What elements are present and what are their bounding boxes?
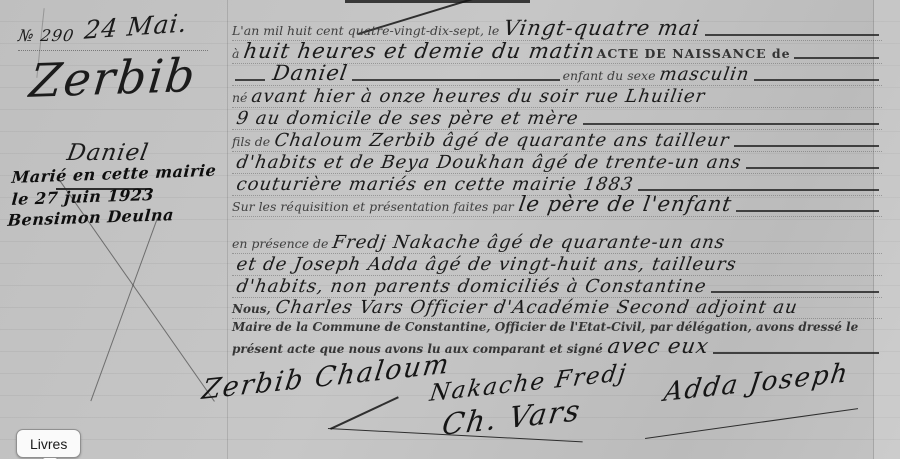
fill-rule [754,79,879,81]
printed-text: ACTE DE NAISSANCE de [597,46,791,63]
document-scan: № 290 24 Mai. Zerbib Daniel Marié en cet… [0,0,900,459]
margin-surname: Zerbib [24,54,197,108]
margin-given-name: Daniel [62,140,149,166]
act-line-6: fils de Chaloum Zerbib âgé de quarante a… [232,128,882,152]
handwritten-text: huit heures et demie du matin [239,39,600,63]
livres-button[interactable]: Livres [16,429,81,458]
act-line-4: né avant hier à onze heures du soir rue … [232,84,882,108]
act-line-15: présent acte que nous avons lu aux compa… [232,335,882,358]
printed-text: L'an mil huit cent quatre-vingt-dix-sept… [232,23,499,40]
fill-rule [734,145,879,147]
fill-rule [736,210,879,212]
fill-rule [583,123,879,125]
printed-text: né [232,90,247,107]
act-line-9: Sur les réquisition et présentation fait… [232,193,882,217]
act-number: № 290 [14,26,76,45]
marginal-note-line1: Marié en cette mairie [8,168,219,187]
handwritten-text: et de Joseph Adda âgé de vingt-huit ans,… [232,254,741,275]
handwritten-text: Fredj Nakache âgé de quarante-un ans [328,232,730,253]
printed-text: fils de [232,134,270,151]
handwritten-text: le père de l'enfant [514,192,737,216]
act-line-1: L'an mil huit cent quatre-vingt-dix-sept… [232,17,882,41]
signature-zerbib-chaloum: Zerbib Chaloum [200,375,449,406]
fill-rule [235,79,265,81]
handwritten-text: masculin [655,64,754,85]
fill-rule [713,352,879,354]
fill-rule [746,167,879,169]
act-line-3: Daniel enfant du sexe masculin [232,62,882,86]
act-line-7: d'habits et de Beya Doukhan âgé de trent… [232,150,882,174]
handwritten-text: 9 au domicile de ses père et mère [232,108,583,129]
handwritten-text: Chaloum Zerbib âgé de quarante ans taill… [270,130,734,151]
fill-rule [711,291,879,293]
handwritten-text: Charles Vars Officier d'Académie Second … [271,297,802,318]
handwritten-text: d'habits et de Beya Doukhan âgé de trent… [232,152,746,173]
fill-rule [794,57,879,59]
surname-text: Zerbib [24,48,202,108]
act-number-text: № 290 [14,26,79,45]
fill-rule [705,34,879,36]
printed-text: enfant du sexe [563,68,656,85]
marginal-note-text: Marié en cette mairie [8,161,220,187]
marginal-note-text: le 27 juin 1923 [8,185,158,209]
handwritten-text: avec eux [603,334,714,358]
signature-text: Adda Joseph [662,358,851,408]
fill-rule [352,79,560,81]
signature-flourish [645,408,858,439]
margin-date-text: 24 Mai. [80,8,192,45]
act-line-14: Maire de la Commune de Constantine, Offi… [232,316,882,336]
pen-stroke [345,0,530,3]
act-line-5: 9 au domicile de ses père et mère [232,106,882,130]
printed-text: Maire de la Commune de Constantine, Offi… [232,320,858,336]
printed-text: en présence de [232,236,328,253]
given-name-text: Daniel [62,140,154,166]
act-line-11: et de Joseph Adda âgé de vingt-huit ans,… [232,252,882,276]
handwritten-text: d'habits, non parents domiciliés à Const… [232,276,711,297]
handwritten-text: Vingt-quatre mai [499,16,705,40]
printed-text: Sur les réquisition et présentation fait… [232,199,514,216]
act-line-10: en présence de Fredj Nakache âgé de quar… [232,230,882,254]
fill-rule [638,189,879,191]
handwritten-text: avant hier à onze heures du soir rue Lhu… [247,86,710,107]
signature-adda-joseph: Adda Joseph [662,378,848,408]
margin-date: 24 Mai. [80,16,189,45]
marginal-note-line3: Bensimon Deulna [4,211,177,230]
handwritten-text: Daniel [268,61,353,85]
pen-stroke [90,218,158,402]
